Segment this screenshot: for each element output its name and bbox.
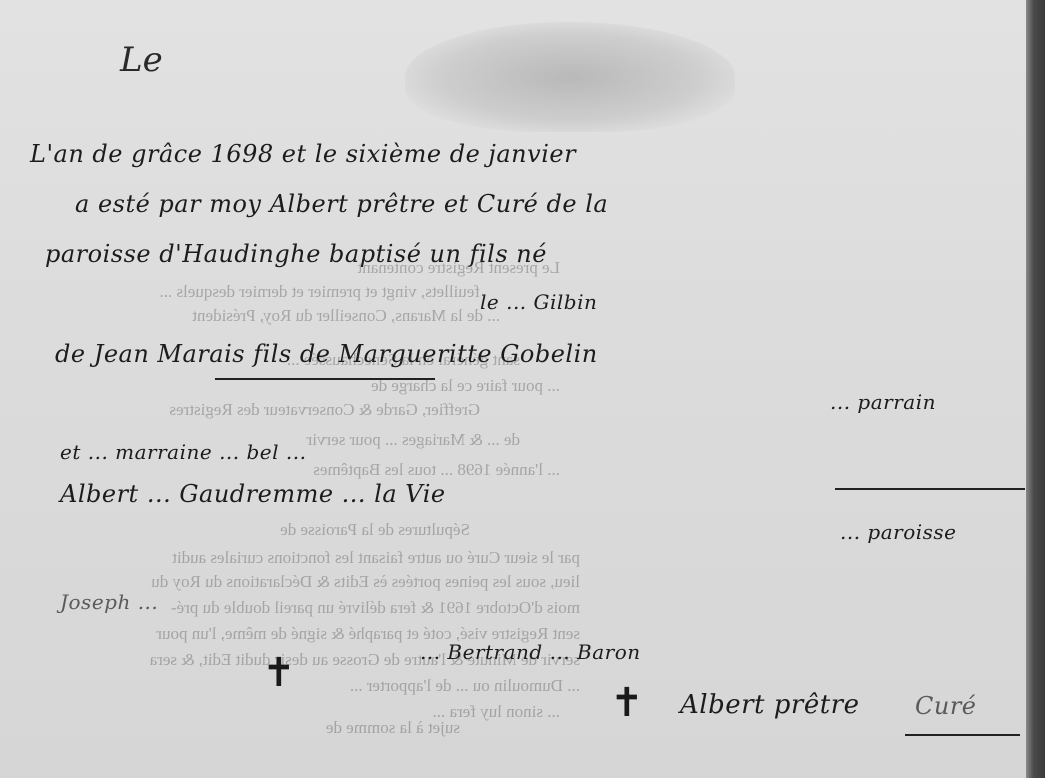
handwritten-line-1: L'an de grâce 1698 et le sixième de janv… [30,140,576,168]
handwritten-line-8: Albert ... Gaudremme ... la Vie [60,480,446,508]
bleed-line-5: Greffier, Garde & Conservateur des Regis… [169,400,480,420]
register-page: Le présent Registre contenant feuillets,… [0,0,1026,778]
handwritten-line-2: a esté par moy Albert prêtre et Curé de … [75,190,608,218]
bleed-line-8: Sépultures de la Paroisse de [280,520,470,540]
bleed-line-6: de ... & Mariages ... pour servir [307,430,520,450]
bleed-line-7: ... l'année 1698 ... tous les Baptêmes [313,460,560,480]
bleed-line-14: ... Dumoulin ou ... de l'apporter ... [350,676,580,696]
signature-title: Curé [915,692,977,720]
cross-mark: ✝ [262,650,296,696]
bleed-line-2: ... de la Marans, Conseiller du Roy, Pré… [192,306,500,326]
handwritten-line-3: paroisse d'Haudinghe baptisé un fils né [45,240,547,268]
handwritten-line-9: ... paroisse [840,520,957,544]
margin-note: Le [120,40,163,80]
bleed-line-16: sujet à la somme de [326,718,460,738]
handwritten-line-6: ... parrain [830,390,936,414]
handwritten-line-11: ... Bertrand ... Baron [420,640,641,664]
bleed-line-10: lieu, sous les peines portées ès Edits &… [151,572,580,592]
handwritten-line-7: et ... marraine ... bel ... [60,440,306,464]
underline-rule [215,378,435,380]
handwritten-line-5: de Jean Marais fils de Margueritte Gobel… [55,340,598,368]
bleed-line-11: mois d'Octobre 1691 & fera délivré un pa… [171,598,580,618]
cross-mark: ✝ [610,680,644,726]
handwritten-line-4: le ... Gilbin [480,290,597,314]
signature: Albert prêtre [680,690,860,720]
page-edge [1026,0,1045,778]
bleed-line-1: feuillets, vingt et premier et dernier d… [159,282,480,302]
bleed-line-9: par le sieur Curé ou autre faisant les f… [172,548,580,568]
signature-underline [905,734,1020,736]
underline-rule [835,488,1025,490]
handwritten-line-10: Joseph ... [60,590,158,614]
ink-stain [405,22,735,132]
